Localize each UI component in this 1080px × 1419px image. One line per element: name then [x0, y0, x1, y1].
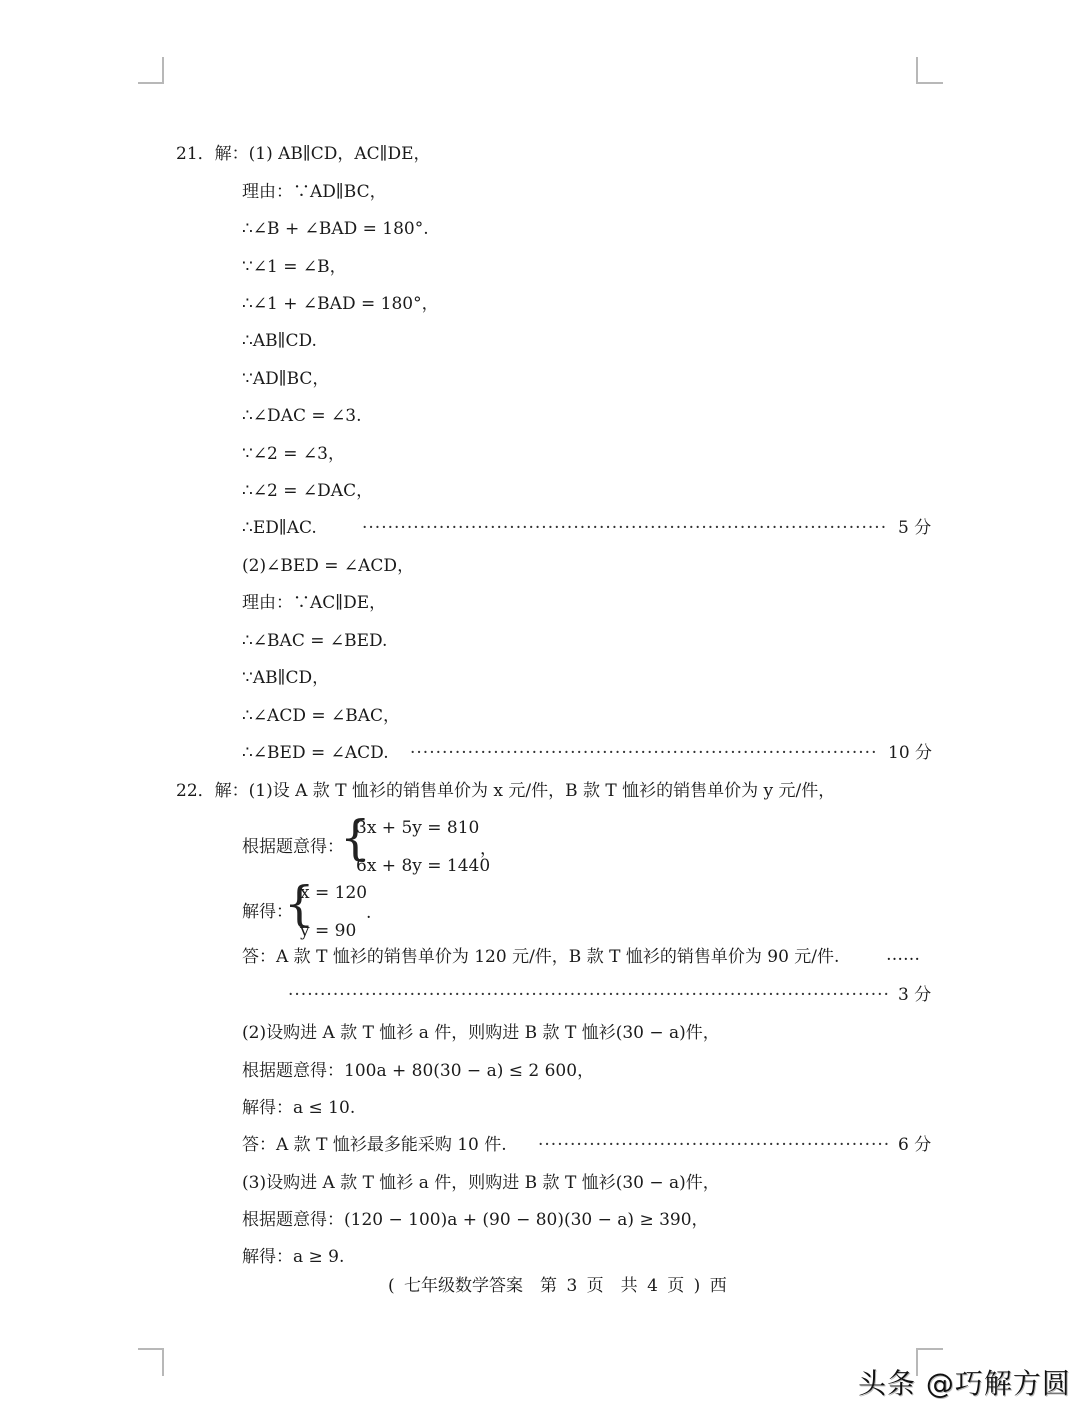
- watermark: 头条 @巧解方圆: [858, 1367, 1071, 1401]
- equation: 3x + 5y = 810: [356, 817, 479, 839]
- q21-step: ∴∠BED = ∠ACD.: [242, 742, 389, 764]
- q21-step: ∵∠1 = ∠B，: [242, 256, 347, 278]
- answer-text: 答：A 款 T 恤衫最多能采购 10 件.: [242, 1134, 507, 1156]
- q21-step: ∴ED∥AC.: [242, 517, 317, 539]
- q22-step: 根据题意得：100a + 80(30 − a) ≤ 2 600，: [242, 1060, 594, 1082]
- punctuation: ，: [480, 838, 497, 860]
- q21-step: ∴∠ACD = ∠BAC，: [242, 705, 400, 727]
- q21-step: ∴∠B + ∠BAD = 180°.: [242, 218, 429, 240]
- equation: x = 120: [300, 882, 367, 904]
- q21-step: 理由：∵AC∥DE，: [242, 592, 386, 614]
- q21-step: ∴∠1 + ∠BAD = 180°，: [242, 293, 439, 315]
- q22-step: 解得：a ≥ 9.: [242, 1246, 344, 1268]
- q21-step: ∴∠DAC = ∠3.: [242, 405, 362, 427]
- crop-mark-top-left: [138, 57, 164, 84]
- q22-header: 22．解：(1)设 A 款 T 恤衫的销售单价为 x 元/件，B 款 T 恤衫的…: [176, 780, 835, 802]
- q22-step: 根据题意得：(120 − 100)a + (90 − 80)(30 − a) ≥…: [242, 1209, 709, 1231]
- q21-step: ∵∠2 = ∠3，: [242, 443, 345, 465]
- leader-dots: ········································…: [410, 742, 878, 764]
- page-footer: ( 七年级数学答案 第 3 页 共 4 页 ) 西: [388, 1275, 727, 1297]
- leader-dots-trail: ……: [886, 944, 920, 966]
- equation: y = 90: [300, 920, 356, 942]
- q21-step: ∴AB∥CD.: [242, 330, 317, 352]
- leader-dots: ········································…: [288, 984, 888, 1006]
- leader-dots: ········································…: [538, 1134, 888, 1156]
- score-label: 10 分: [888, 742, 932, 764]
- q21-step: ∵AD∥BC，: [242, 368, 329, 390]
- q21-step: ∴∠2 = ∠DAC，: [242, 480, 373, 502]
- answer-text: 答：A 款 T 恤衫的销售单价为 120 元/件，B 款 T 恤衫的销售单价为 …: [242, 946, 839, 968]
- score-label: 3 分: [898, 984, 931, 1006]
- punctuation: .: [366, 902, 371, 924]
- q21-header: 21．解：(1) AB∥CD，AC∥DE，: [176, 143, 431, 165]
- score-label: 6 分: [898, 1134, 931, 1156]
- q22-step: (2)设购进 A 款 T 恤衫 a 件，则购进 B 款 T 恤衫(30 − a)…: [242, 1022, 720, 1044]
- equation: 6x + 8y = 1440: [356, 855, 490, 877]
- q22-step: (3)设购进 A 款 T 恤衫 a 件，则购进 B 款 T 恤衫(30 − a)…: [242, 1172, 720, 1194]
- leader-dots: ········································…: [362, 517, 888, 539]
- crop-mark-bottom-left: [138, 1348, 164, 1376]
- score-label: 5 分: [898, 517, 931, 539]
- q21-step: ∴∠BAC = ∠BED.: [242, 630, 387, 652]
- q21-step: 理由：∵AD∥BC，: [242, 181, 387, 203]
- crop-mark-top-right: [916, 57, 943, 84]
- q22-step: 解得：a ≤ 10.: [242, 1097, 355, 1119]
- q21-step: ∵AB∥CD，: [242, 667, 329, 689]
- system-label: 根据题意得：: [242, 836, 344, 858]
- q21-step: (2)∠BED = ∠ACD，: [242, 555, 414, 577]
